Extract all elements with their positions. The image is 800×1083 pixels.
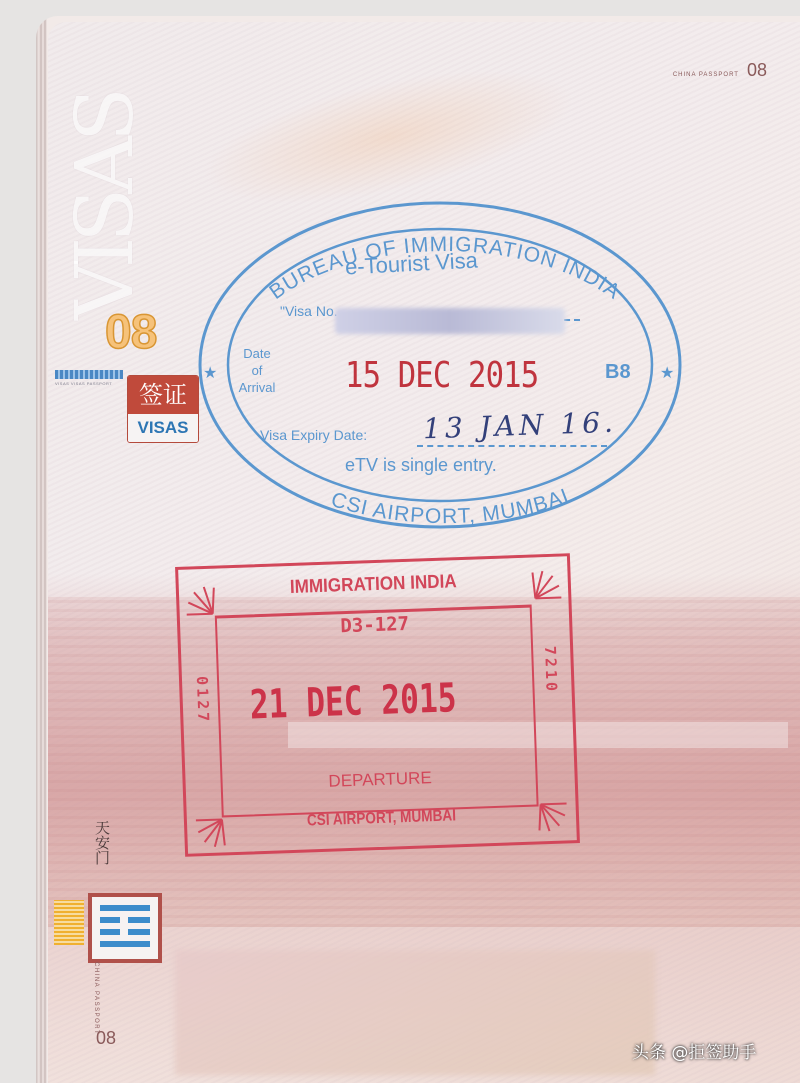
single-entry-note: eTV is single entry. [345,455,497,476]
vertical-passport-label: CHINA PASSPORT [93,962,99,1035]
departure-date: 21 DEC 2015 [249,675,457,728]
expiry-line [417,445,607,447]
departure-stamp: IMMIGRATION INDIA D3-127 0127 7210 21 DE… [175,553,580,857]
stamp-code: B8 [605,361,631,384]
header-label: CHINA PASSPORT [673,72,739,78]
svg-text:CSI AIRPORT, MUMBAI: CSI AIRPORT, MUMBAI [328,484,572,528]
stamp-side-right: 7210 [541,646,561,695]
stamp-side-left: 0127 [193,676,213,725]
side-page-number: 08 [105,305,156,360]
decorative-lines [54,900,84,945]
source-watermark: 头条 @拒签助手 [632,1038,756,1063]
visas-watermark: VISAS [58,60,128,320]
microprint-text: VISAS VISAS PASSPORT [55,381,112,386]
expiry-date-handwritten: 13 JAN 16. [422,406,617,446]
microprint-strip [55,370,123,379]
expiry-label: Visa Expiry Date: [260,427,367,443]
arrival-date: 15 DEC 2015 [345,355,538,396]
star-icon: ★ [203,363,217,383]
page-header: CHINA PASSPORT 08 [673,60,767,81]
date-of-arrival-label: Date of Arrival [237,345,277,396]
visa-number-redacted [335,308,565,334]
header-page-number: 08 [747,60,767,81]
visa-label-chinese: 签证 [128,376,198,414]
arrival-stamp: BUREAU OF IMMIGRATION INDIA CSI AIRPORT,… [195,195,685,535]
visa-number-label: "Visa No. [280,303,338,319]
redacted-region [175,950,655,1075]
trigram-emblem-icon [88,893,162,963]
visa-label-english: VISAS [128,414,198,442]
landmark-label: 天安门 [92,820,113,865]
bottom-page-number: 08 [96,1028,116,1049]
visa-label: 签证 VISAS [127,375,199,443]
star-icon: ★ [660,363,674,383]
